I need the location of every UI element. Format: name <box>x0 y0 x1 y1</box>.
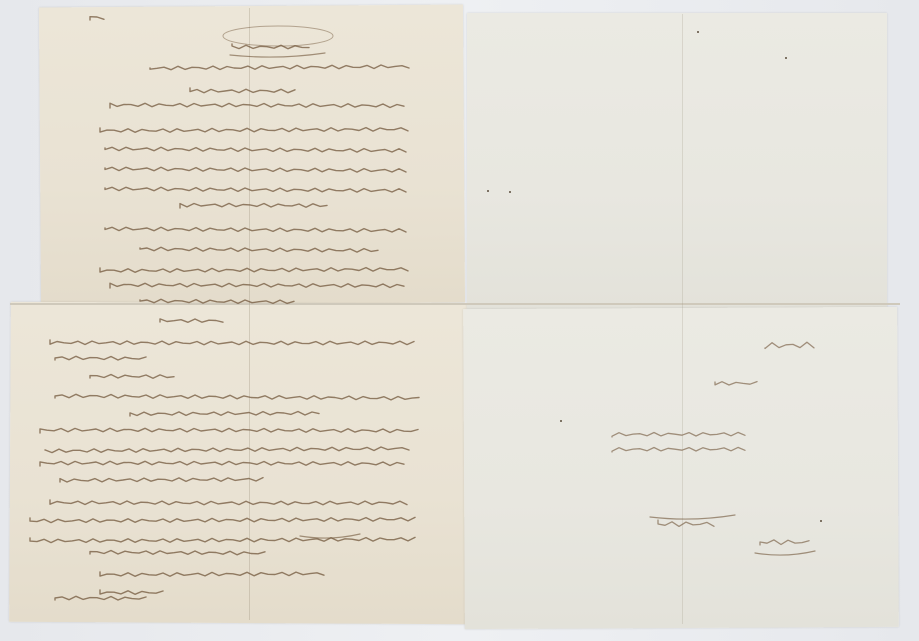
paper-speck <box>509 191 511 193</box>
paper-speck <box>785 57 787 59</box>
handwriting-ink <box>0 0 919 641</box>
paper-speck <box>560 420 562 422</box>
paper-speck <box>697 31 699 33</box>
paper-speck <box>487 190 489 192</box>
paper-speck <box>820 520 822 522</box>
